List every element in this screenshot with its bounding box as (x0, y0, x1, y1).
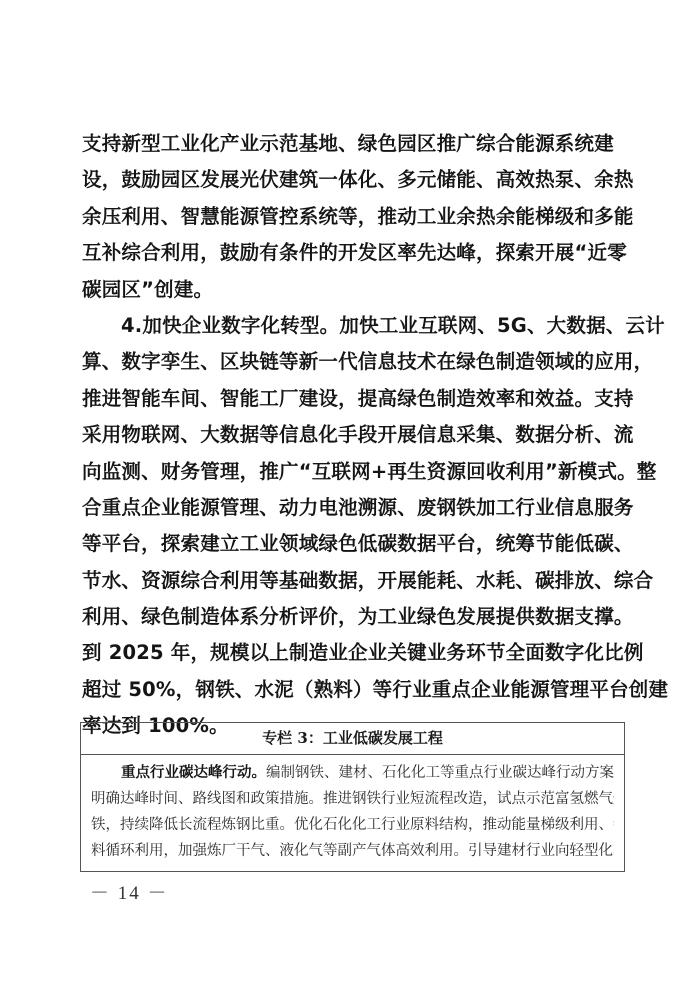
text-line: 到 2025 年，规模以上制造业企业关键业务环节全面数字化比例 (82, 635, 602, 671)
text-line: 设，鼓励园区发展光伏建筑一体化、多元储能、高效热泵、余热 (82, 162, 602, 198)
text-line: 节水、资源综合利用等基础数据，开展能耗、水耗、碳排放、综合 (82, 563, 602, 599)
section-4-first-line-text: 加快工业互联网、5G、大数据、云计 (339, 314, 664, 337)
text-line: 推进智能车间、智能工厂建设，提高绿色制造效率和效益。支持 (82, 381, 602, 417)
box-first-line: 重点行业碳达峰行动。编制钢铁、建材、石化化工等重点行业碳达峰行动方案， (91, 760, 614, 786)
section-4-heading: 4.加快企业数字化转型。 (121, 314, 339, 337)
box-text-line: 料循环利用，加强炼厂干气、液化气等副产气体高效利用。引导建材行业向轻型化、 (91, 838, 614, 864)
box-text-line: 明确达峰时间、路线图和政策措施。推进钢铁行业短流程改造，试点示范富氢燃气炼 (91, 786, 614, 812)
text-line: 余压利用、智慧能源管控系统等，推动工业余热余能梯级和多能 (82, 199, 602, 235)
text-line: 利用、绿色制造体系分析评价，为工业绿色发展提供数据支撑。 (82, 599, 602, 635)
text-line: 等平台，探索建立工业领域绿色低碳数据平台，统筹节能低碳、 (82, 526, 602, 562)
box-first-line-text: 编制钢铁、建材、石化化工等重点行业碳达峰行动方案， (266, 765, 614, 781)
text-line: 互补综合利用，鼓励有条件的开发区率先达峰，探索开展“近零 (82, 235, 602, 271)
section-4-first-line: 4.加快企业数字化转型。加快工业互联网、5G、大数据、云计 (82, 308, 602, 344)
text-line: 算、数字孪生、区块链等新一代信息技术在绿色制造领域的应用， (82, 344, 602, 380)
body-text: 支持新型工业化产业示范基地、绿色园区推广综合能源系统建 设，鼓励园区发展光伏建筑… (82, 126, 602, 745)
box-text-line: 铁，持续降低长流程炼钢比重。优化石化化工行业原料结构，推动能量梯级利用、物 (91, 812, 614, 838)
box-title: 专栏 3：工业低碳发展工程 (81, 723, 624, 755)
box-item-heading: 重点行业碳达峰行动。 (121, 765, 266, 781)
page-number: － 14 － (90, 878, 169, 905)
text-line: 合重点企业能源管理、动力电池溯源、废钢铁加工行业信息服务 (82, 490, 602, 526)
text-line: 支持新型工业化产业示范基地、绿色园区推广综合能源系统建 (82, 126, 602, 162)
sidebar-box-column-3: 专栏 3：工业低碳发展工程 重点行业碳达峰行动。编制钢铁、建材、石化化工等重点行… (80, 722, 625, 872)
text-line: 采用物联网、大数据等信息化手段开展信息采集、数据分析、流 (82, 417, 602, 453)
document-page: 支持新型工业化产业示范基地、绿色园区推广综合能源系统建 设，鼓励园区发展光伏建筑… (0, 0, 700, 989)
text-line: 碳园区”创建。 (82, 272, 602, 308)
box-body: 重点行业碳达峰行动。编制钢铁、建材、石化化工等重点行业碳达峰行动方案， 明确达峰… (81, 755, 624, 864)
text-line: 超过 50%，钢铁、水泥（熟料）等行业重点企业能源管理平台创建 (82, 672, 602, 708)
text-line: 向监测、财务管理，推广“互联网+再生资源回收利用”新模式。整 (82, 454, 602, 490)
